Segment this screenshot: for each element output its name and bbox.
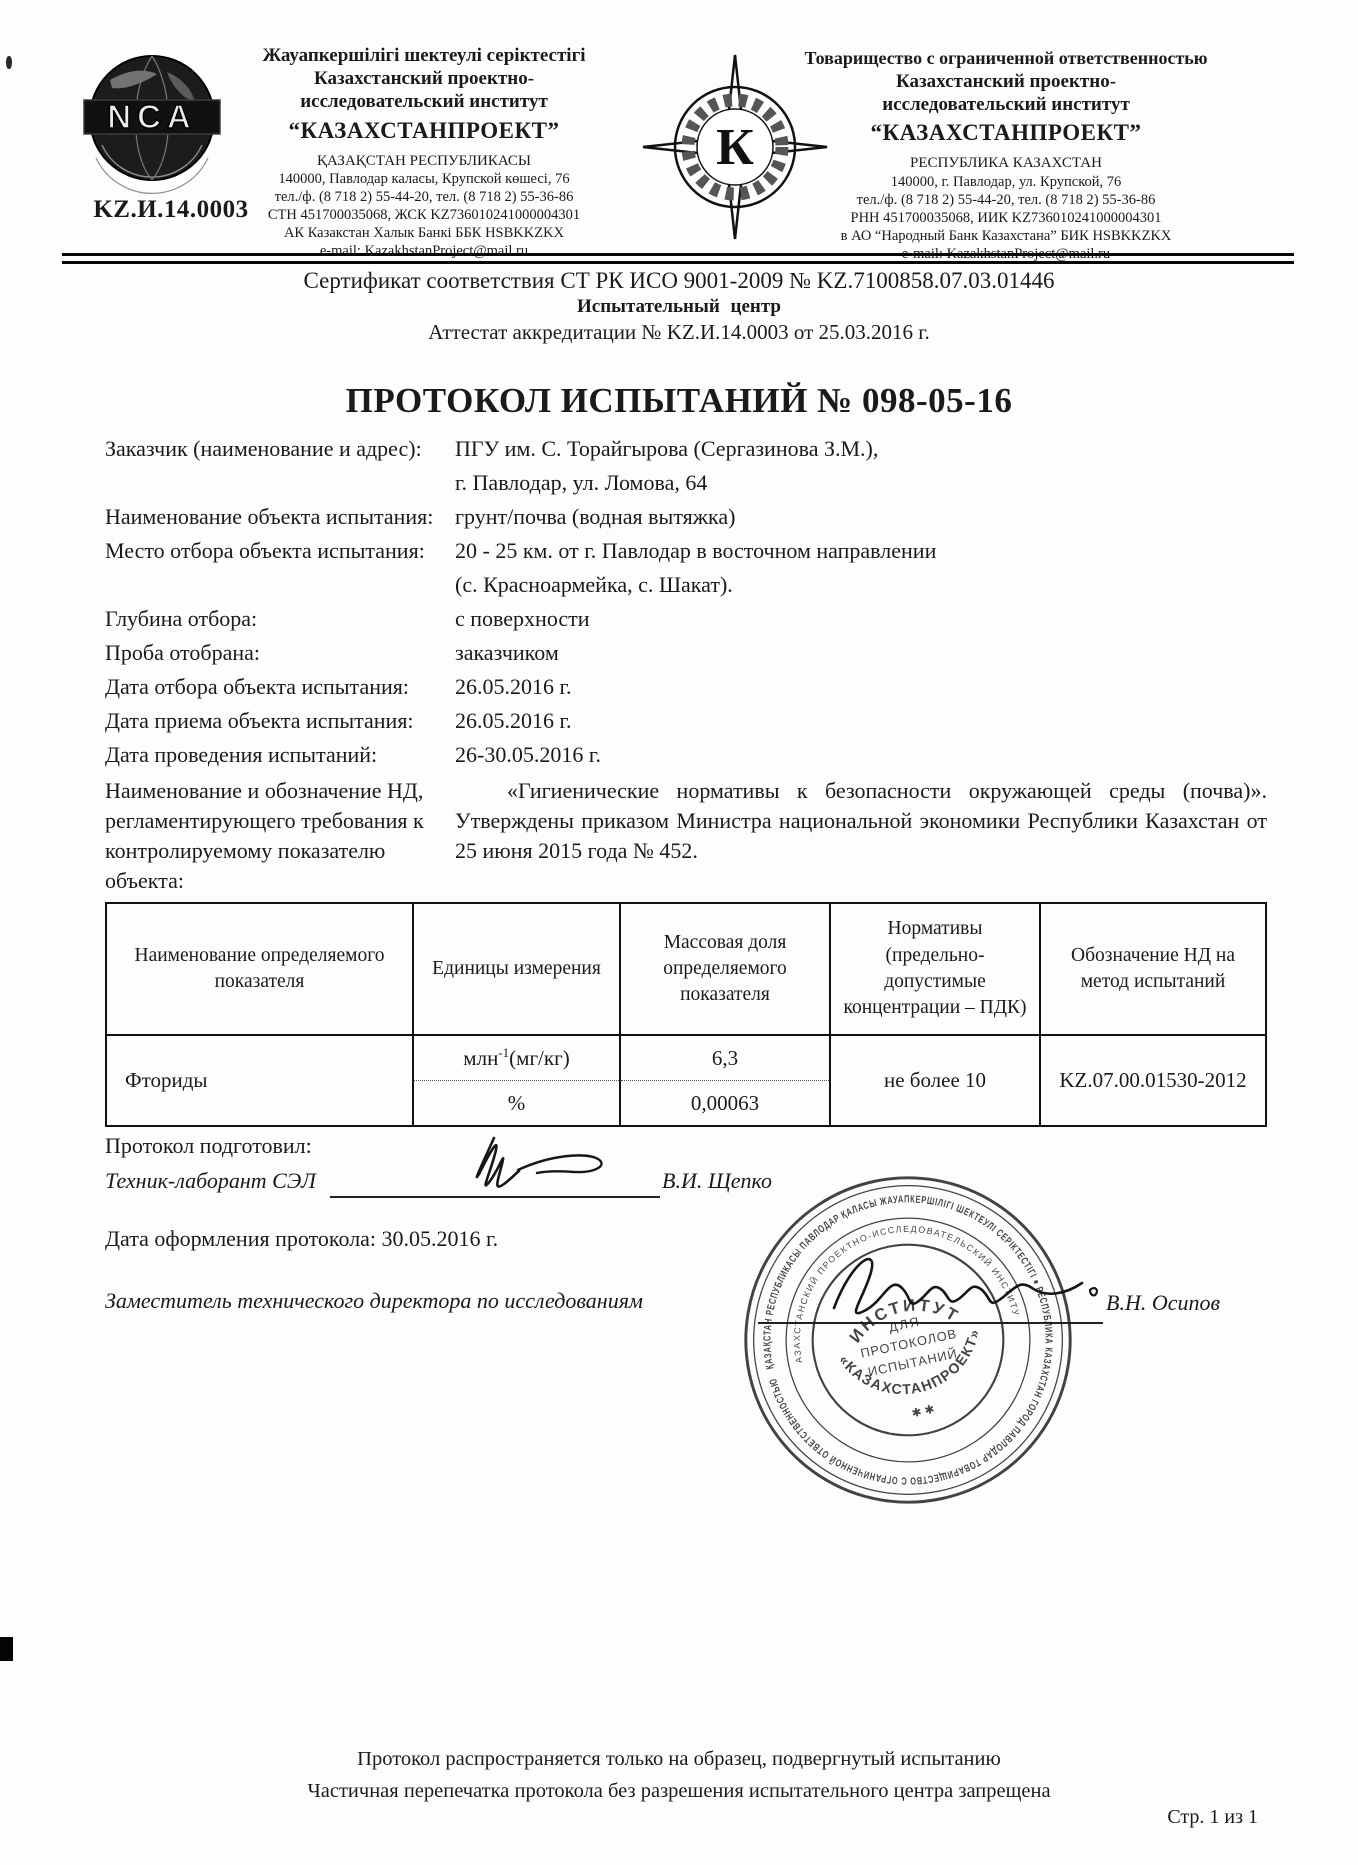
col-header-units: Единицы измерения [413,903,620,1035]
cell-value-1: 6,3 [620,1035,830,1081]
results-table: Наименование определяемого показателя Ед… [105,902,1267,1127]
unit-rest: (мг/кг) [509,1046,570,1070]
table-row: Фториды млн-1(мг/кг) 6,3 не более 10 KZ.… [106,1035,1266,1081]
field-value: ПГУ им. С. Торайгырова (Сергазинова З.М.… [455,432,1267,500]
field-value: с поверхности [455,602,1267,636]
cell-norm: не более 10 [830,1035,1040,1126]
document-title: ПРОТОКОЛ ИСПЫТАНИЙ № 098-05-16 [0,381,1358,421]
field-testing-date: Дата проведения испытаний: 26-30.05.2016… [105,738,1267,772]
field-label: Дата проведения испытаний: [105,738,455,772]
org-kk-address: 140000, Павлодар каласы, Крупской көшесі… [214,170,634,188]
field-value-line: 20 - 25 км. от г. Павлодар в восточном н… [455,534,1267,568]
org-ru-name-2: исследовательский институт [752,93,1260,116]
field-sampling-place: Место отбора объекта испытания: 20 - 25 … [105,534,1267,602]
deputy-director-role: Заместитель технического директора по ис… [105,1288,643,1314]
field-label: Наименование объекта испытания: [105,500,455,534]
org-ru-name-1: Казахстанский проектно- [752,70,1260,93]
org-kk-country: ҚАЗАҚСТАН РЕСПУБЛИКАСЫ [214,152,634,170]
org-kk-form: Жауапкершілігі шектеулі серіктестігі [214,44,634,67]
org-kk-name-2: исследовательский институт [214,90,634,113]
certificate-line: Сертификат соответствия СТ РК ИСО 9001-2… [0,268,1358,294]
footer-note-1: Протокол распространяется только на обра… [0,1748,1358,1771]
table-header-row: Наименование определяемого показателя Ед… [106,903,1266,1035]
cell-method: KZ.07.00.01530-2012 [1040,1035,1266,1126]
col-header-mass-fraction: Массовая доля определяемого показателя [620,903,830,1035]
unit-superscript: -1 [498,1045,509,1060]
compass-logo-letter: К [716,119,754,176]
field-sampled-by: Проба отобрана: заказчиком [105,636,1267,670]
field-value: 26.05.2016 г. [455,704,1267,738]
org-ru-form: Товарищество с ограниченной ответственно… [752,48,1260,70]
field-label: Место отбора объекта испытания: [105,534,455,602]
org-ru-brand: “КАЗАХСТАНПРОЕКТ” [752,119,1260,147]
accreditation-line: Аттестат аккредитации № KZ.И.14.0003 от … [0,320,1358,345]
field-value-line: 26.05.2016 г. [455,670,1267,704]
header-divider-rule [62,253,1294,264]
org-ru-bank: в АО “Народный Банк Казахстана” БИК HSBK… [752,227,1260,245]
col-header-method: Обозначение НД на метод испытаний [1040,903,1266,1035]
field-label: Заказчик (наименование и адрес): [105,432,455,500]
field-label: Наименование и обозначение НД, регламент… [105,776,455,896]
field-value-line: 26.05.2016 г. [455,704,1267,738]
scan-artifact-square [0,1637,13,1661]
prepared-by-label: Протокол подготовил: [105,1133,312,1159]
field-object-name: Наименование объекта испытания: грунт/по… [105,500,1267,534]
field-value-line: г. Павлодар, ул. Ломова, 64 [455,466,1267,500]
prepared-by-role: Техник-лаборант СЭЛ [105,1168,316,1194]
globe-nca-logo-icon: NCA [82,50,222,194]
org-kk-phones: тел./ф. (8 718 2) 55-44-20, тел. (8 718 … [214,188,634,206]
org-kk-bank: АК Казакстан Халык Банкі ББК HSBKKZKX [214,224,634,242]
technician-signature-icon [398,1128,658,1208]
org-kk-brand: “КАЗАХСТАНПРОЕКТ” [214,117,634,145]
page-number: Стр. 1 из 1 [1167,1806,1258,1829]
org-ru-phones: тел./ф. (8 718 2) 55-44-20, тел. (8 718 … [752,191,1260,209]
field-value: заказчиком [455,636,1267,670]
col-header-indicator: Наименование определяемого показателя [106,903,413,1035]
field-value-line: 26-30.05.2016 г. [455,738,1267,772]
field-value: 26-30.05.2016 г. [455,738,1267,772]
field-value-line: грунт/почва (водная вытяжка) [455,500,1267,534]
org-kk-name-1: Казахстанский проектно- [214,67,634,90]
field-receiving-date: Дата приема объекта испытания: 26.05.201… [105,704,1267,738]
unit-base: млн [463,1046,498,1070]
cell-unit-2: % [413,1081,620,1127]
globe-logo-letters: NCA [107,98,197,135]
footer-note-2: Частичная перепечатка протокола без разр… [0,1780,1358,1803]
org-block-kazakh: Жауапкершілігі шектеулі серіктестігі Каз… [214,44,634,260]
field-value-line: заказчиком [455,636,1267,670]
field-value: 20 - 25 км. от г. Павлодар в восточном н… [455,534,1267,602]
field-value-line: с поверхности [455,602,1267,636]
field-normative-document: Наименование и обозначение НД, регламент… [105,776,1267,896]
deputy-signature-icon [818,1238,1138,1348]
field-sampling-depth: Глубина отбора: с поверхности [105,602,1267,636]
field-value-line: ПГУ им. С. Торайгырова (Сергазинова З.М.… [455,432,1267,466]
cell-indicator-name: Фториды [106,1035,413,1126]
field-value: «Гигиенические нормативы к безопасности … [455,776,1267,896]
protocol-fields: Заказчик (наименование и адрес): ПГУ им.… [105,432,1267,896]
field-customer: Заказчик (наименование и адрес): ПГУ им.… [105,432,1267,500]
field-label: Дата приема объекта испытания: [105,704,455,738]
field-label: Глубина отбора: [105,602,455,636]
field-value: грунт/почва (водная вытяжка) [455,500,1267,534]
cell-value-2: 0,00063 [620,1081,830,1127]
col-header-norms: Нормативы (предельно-допустимые концентр… [830,903,1040,1035]
field-value-line: (с. Красноармейка, с. Шакат). [455,568,1267,602]
field-label: Дата отбора объекта испытания: [105,670,455,704]
testing-center-line: Испытательный центр [0,296,1358,318]
protocol-date-line: Дата оформления протокола: 30.05.2016 г. [105,1226,498,1252]
org-kk-ids: СТН 451700035068, ЖСК KZ7360102410000043… [214,206,634,224]
scanned-protocol-page: NCA KZ.И.14.0003 Жауапкершілігі шектеулі… [0,0,1358,1865]
field-label: Проба отобрана: [105,636,455,670]
field-value: 26.05.2016 г. [455,670,1267,704]
field-sampling-date: Дата отбора объекта испытания: 26.05.201… [105,670,1267,704]
org-ru-address: 140000, г. Павлодар, ул. Крупской, 76 [752,173,1260,191]
scan-artifact-dot [6,56,12,69]
org-ru-ids: РНН 451700035068, ИИК KZ7360102410000043… [752,209,1260,227]
cell-unit-1: млн-1(мг/кг) [413,1035,620,1081]
org-block-russian: Товарищество с ограниченной ответственно… [752,48,1260,263]
stamp-stars: ✱ ✱ [911,1403,936,1421]
org-ru-country: РЕСПУБЛИКА КАЗАХСТАН [752,154,1260,172]
